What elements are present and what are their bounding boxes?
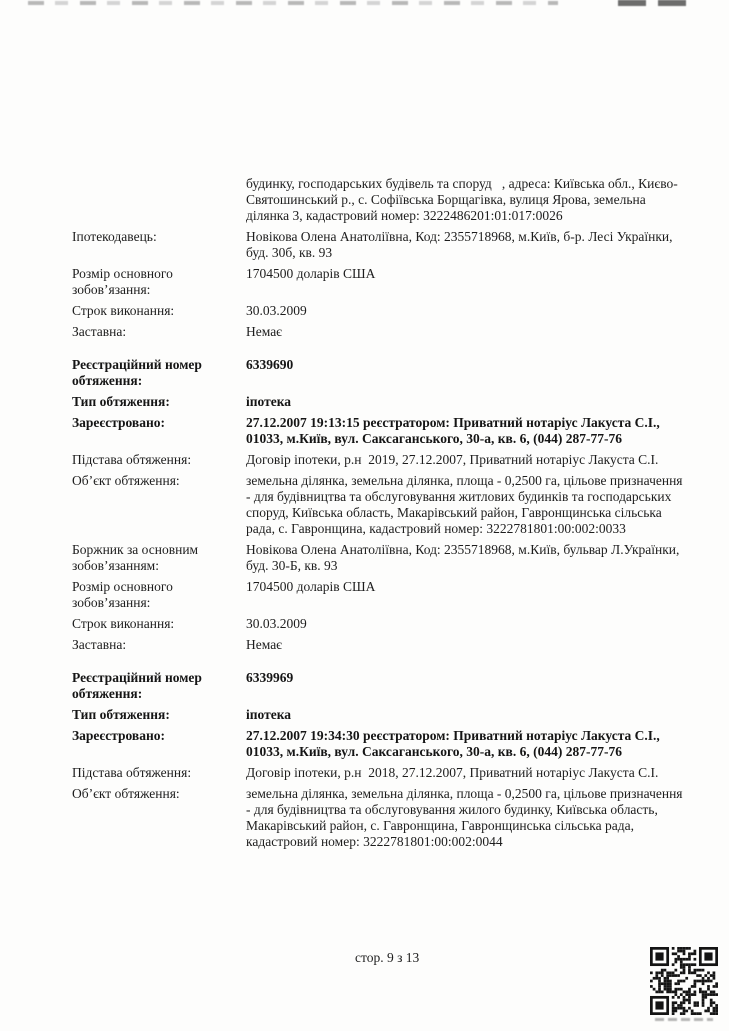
field-value: 30.03.2009 xyxy=(246,303,686,319)
field-label: Розмір основного зобов’язання: xyxy=(72,266,246,298)
field-label: Тип обтяження: xyxy=(72,394,246,410)
scan-artifact-top xyxy=(28,1,558,5)
field-value: Немає xyxy=(246,637,686,653)
field-value: іпотека xyxy=(246,707,686,723)
field-value: Новікова Олена Анатоліївна, Код: 2355718… xyxy=(246,542,686,574)
field-label: Розмір основного зобов’язання: xyxy=(72,579,246,611)
field-label: Заставна: xyxy=(72,637,246,653)
field-row: Тип обтяження: іпотека xyxy=(72,707,686,723)
field-row: Зареєстровано: 27.12.2007 19:13:15 реєст… xyxy=(72,415,686,447)
field-value: земельна ділянка, земельна ділянка, площ… xyxy=(246,786,686,850)
field-value: 6339969 xyxy=(246,670,686,702)
field-label: Боржник за основним зобов’язанням: xyxy=(72,542,246,574)
field-label: Іпотекодавець: xyxy=(72,229,246,261)
field-value: земельна ділянка, земельна ділянка, площ… xyxy=(246,473,686,537)
field-label: Об’єкт обтяження: xyxy=(72,473,246,537)
field-row: Строк виконання: 30.03.2009 xyxy=(72,303,686,319)
field-label: Реєстраційний номер обтяження: xyxy=(72,357,246,389)
field-label: Строк виконання: xyxy=(72,616,246,632)
document-content: будинку, господарських будівель та спору… xyxy=(72,176,686,850)
field-label: Строк виконання: xyxy=(72,303,246,319)
field-row: Строк виконання: 30.03.2009 xyxy=(72,616,686,632)
field-row: Зареєстровано: 27.12.2007 19:34:30 реєст… xyxy=(72,728,686,760)
field-value: 1704500 доларів США xyxy=(246,266,686,298)
field-row: Реєстраційний номер обтяження: 6339969 xyxy=(72,670,686,702)
qr-code xyxy=(650,947,718,1015)
field-value: 1704500 доларів США xyxy=(246,579,686,611)
field-label: Зареєстровано: xyxy=(72,415,246,447)
field-row: Іпотекодавець: Новікова Олена Анатоліївн… xyxy=(72,229,686,261)
field-value: 27.12.2007 19:13:15 реєстратором: Приват… xyxy=(246,415,686,447)
fields-list: Іпотекодавець: Новікова Олена Анатоліївн… xyxy=(72,229,686,850)
field-row: Підстава обтяження: Договір іпотеки, р.н… xyxy=(72,452,686,468)
field-label: Зареєстровано: xyxy=(72,728,246,760)
field-label: Заставна: xyxy=(72,324,246,340)
field-value: Новікова Олена Анатоліївна, Код: 2355718… xyxy=(246,229,686,261)
field-label: Реєстраційний номер обтяження: xyxy=(72,670,246,702)
field-value: 27.12.2007 19:34:30 реєстратором: Приват… xyxy=(246,728,686,760)
field-row: Реєстраційний номер обтяження: 6339690 xyxy=(72,357,686,389)
field-row: Об’єкт обтяження: земельна ділянка, земе… xyxy=(72,786,686,850)
qr-caption-artifact xyxy=(655,1018,713,1021)
field-row: Розмір основного зобов’язання: 1704500 д… xyxy=(72,579,686,611)
field-row: Заставна: Немає xyxy=(72,324,686,340)
field-value: Договір іпотеки, р.н 2019, 27.12.2007, П… xyxy=(246,452,686,468)
field-row: Підстава обтяження: Договір іпотеки, р.н… xyxy=(72,765,686,781)
field-value: 6339690 xyxy=(246,357,686,389)
field-row: Розмір основного зобов’язання: 1704500 д… xyxy=(72,266,686,298)
field-label: Об’єкт обтяження: xyxy=(72,786,246,850)
field-label: Підстава обтяження: xyxy=(72,452,246,468)
field-row: Об’єкт обтяження: земельна ділянка, земе… xyxy=(72,473,686,537)
field-value: Договір іпотеки, р.н 2018, 27.12.2007, П… xyxy=(246,765,686,781)
page-number: стор. 9 з 13 xyxy=(355,950,419,966)
field-row: Заставна: Немає xyxy=(72,637,686,653)
field-label: Тип обтяження: xyxy=(72,707,246,723)
field-row: Тип обтяження: іпотека xyxy=(72,394,686,410)
field-value: 30.03.2009 xyxy=(246,616,686,632)
continuation-paragraph: будинку, господарських будівель та спору… xyxy=(246,176,686,224)
field-label: Підстава обтяження: xyxy=(72,765,246,781)
field-row: Боржник за основним зобов’язанням: Новік… xyxy=(72,542,686,574)
field-value: Немає xyxy=(246,324,686,340)
field-value: іпотека xyxy=(246,394,686,410)
document-page: будинку, господарських будівель та спору… xyxy=(0,0,729,1031)
scan-artifact-top-dark xyxy=(618,0,696,6)
